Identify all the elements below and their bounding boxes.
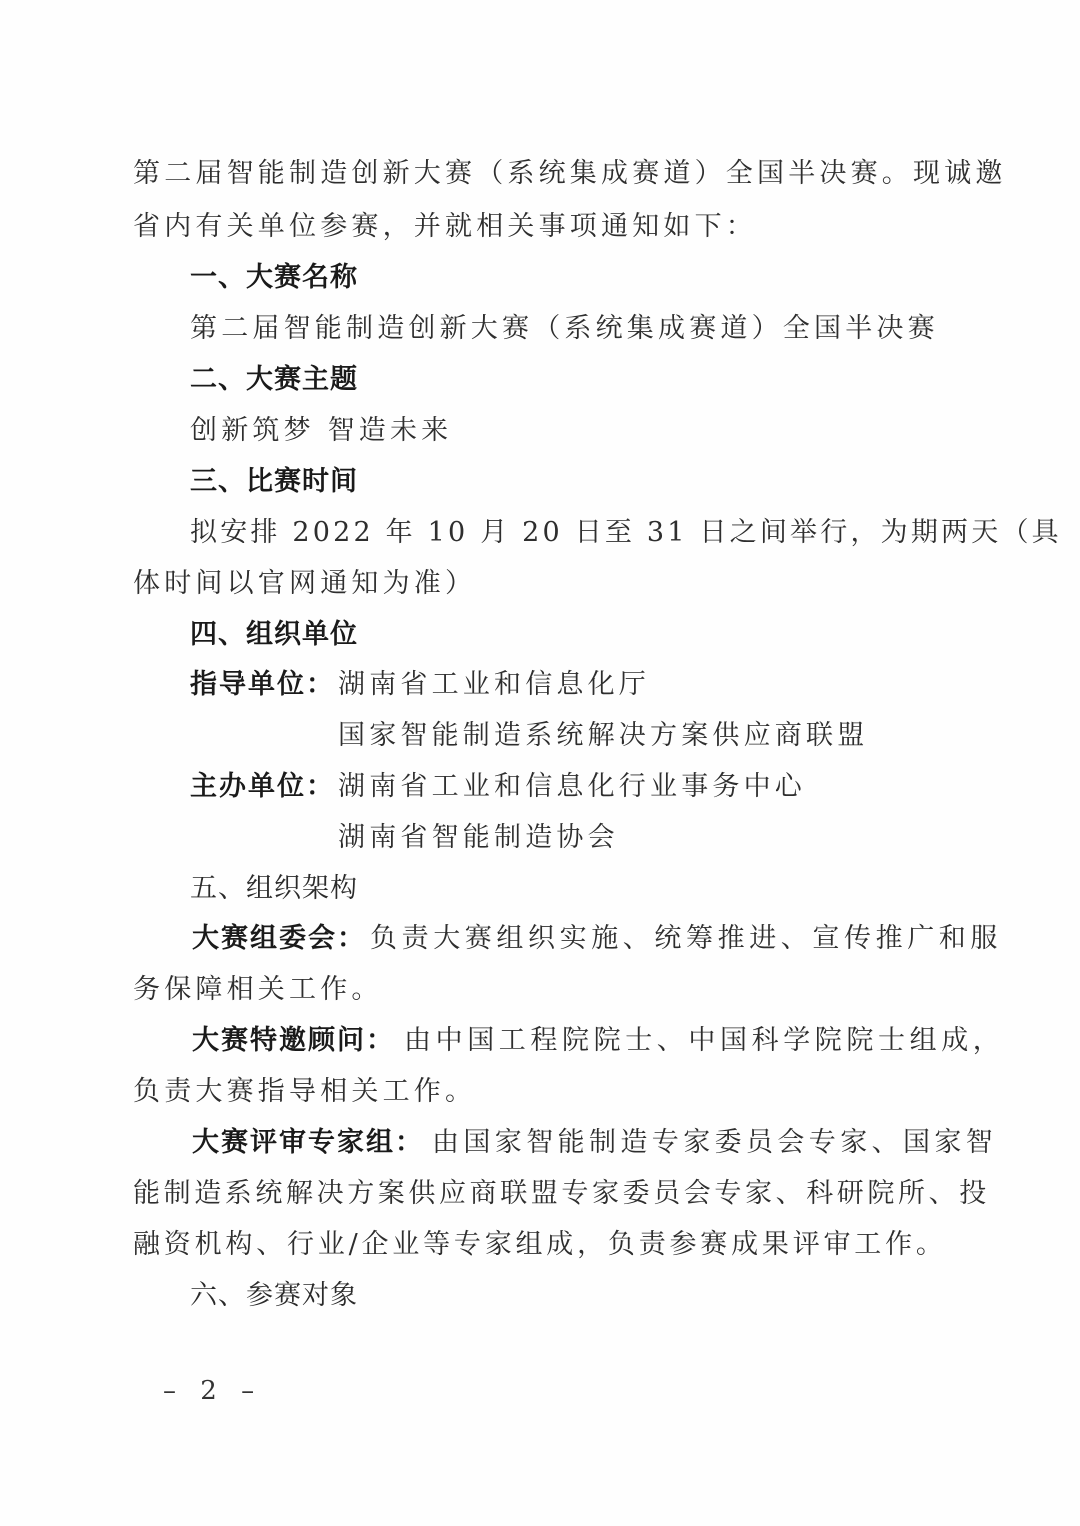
section-heading-1: 一、大赛名称 bbox=[190, 261, 358, 295]
section-1-body: 第二届智能制造创新大赛（系统集成赛道）全国半决赛 bbox=[190, 312, 939, 346]
section-heading-3: 三、比赛时间 bbox=[190, 465, 358, 499]
page-number: – 2 – bbox=[163, 1376, 262, 1406]
host-unit-value-2: 湖南省智能制造协会 bbox=[338, 821, 619, 855]
expert-panel-label: 大赛评审专家组： bbox=[192, 1126, 424, 1160]
committee-line-2: 务保障相关工作。 bbox=[133, 973, 383, 1007]
section-3-body-line-1: 拟安排 2022 年 10 月 20 日至 31 日之间举行，为期两天（具 bbox=[190, 516, 1062, 550]
section-heading-6: 六、参赛对象 bbox=[190, 1279, 358, 1313]
host-unit-label: 主办单位： bbox=[190, 770, 335, 804]
expert-panel-line-1: 由国家智能制造专家委员会专家、国家智 bbox=[432, 1126, 997, 1160]
guiding-unit-value-1: 湖南省工业和信息化厅 bbox=[338, 668, 650, 702]
section-heading-4: 四、组织单位 bbox=[190, 618, 358, 652]
section-3-body-line-2: 体时间以官网通知为准） bbox=[133, 567, 476, 601]
intro-line-1: 第二届智能制造创新大赛（系统集成赛道）全国半决赛。现诚邀 bbox=[133, 157, 1007, 191]
expert-panel-line-2: 能制造系统解决方案供应商联盟专家委员会专家、科研院所、投 bbox=[133, 1177, 990, 1211]
intro-line-2: 省内有关单位参赛，并就相关事项通知如下： bbox=[133, 210, 757, 244]
section-heading-5: 五、组织架构 bbox=[190, 872, 358, 906]
section-heading-2: 二、大赛主题 bbox=[190, 363, 358, 397]
advisor-label: 大赛特邀顾问： bbox=[192, 1024, 395, 1058]
guiding-unit-value-2: 国家智能制造系统解决方案供应商联盟 bbox=[338, 719, 868, 753]
section-2-body: 创新筑梦 智造未来 bbox=[190, 414, 452, 448]
expert-panel-line-3: 融资机构、行业/企业等专家组成，负责参赛成果评审工作。 bbox=[133, 1228, 947, 1262]
document-page: 第二届智能制造创新大赛（系统集成赛道）全国半决赛。现诚邀 省内有关单位参赛，并就… bbox=[0, 0, 1080, 1526]
advisor-line-1: 由中国工程院院士、中国科学院院士组成， bbox=[404, 1024, 1004, 1058]
guiding-unit-label: 指导单位： bbox=[190, 668, 335, 702]
committee-line-1: 负责大赛组织实施、统筹推进、宣传推广和服 bbox=[370, 922, 1002, 956]
host-unit-value-1: 湖南省工业和信息化行业事务中心 bbox=[338, 770, 806, 804]
committee-label: 大赛组委会： bbox=[192, 922, 366, 956]
advisor-line-2: 负责大赛指导相关工作。 bbox=[133, 1075, 476, 1109]
